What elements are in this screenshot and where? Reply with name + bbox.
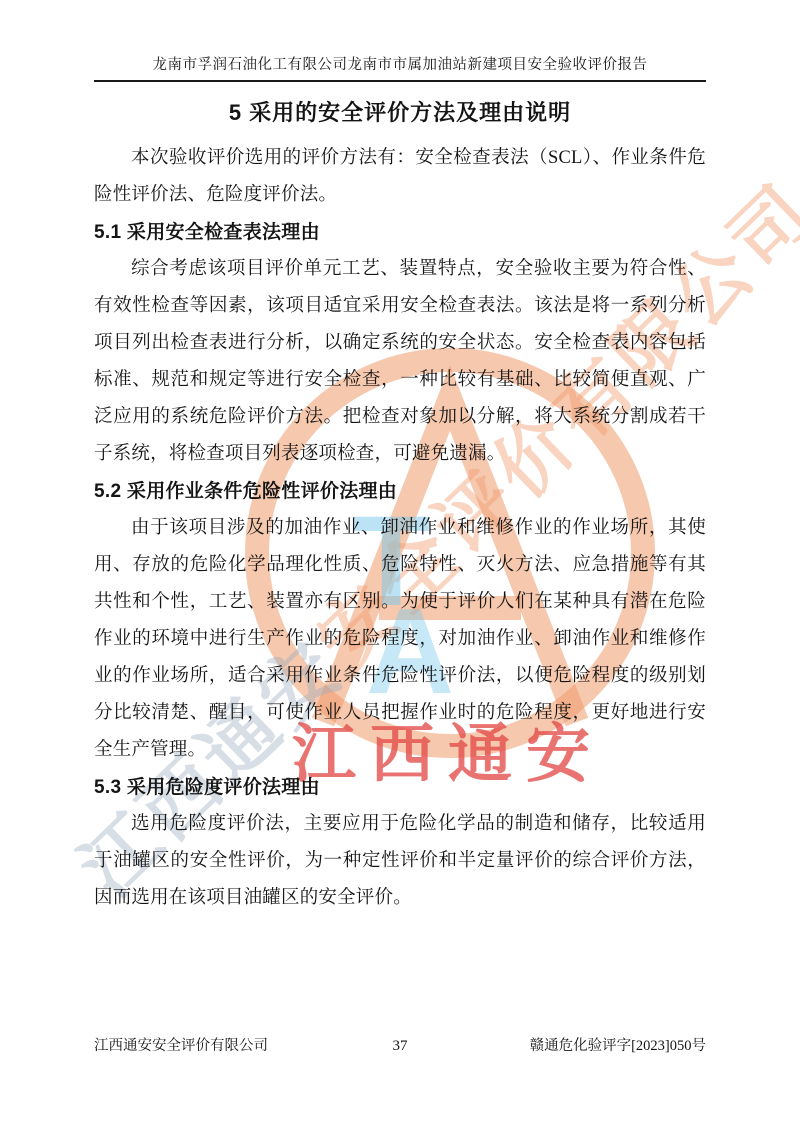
intro-paragraph: 本次验收评价选用的评价方法有：安全检查表法（SCL）、作业条件危险性评价法、危险… <box>94 140 706 214</box>
section-heading-5-1: 5.1 采用安全检查表法理由 <box>94 214 706 251</box>
page-number: 37 <box>298 1036 502 1056</box>
section-body-5-2: 由于该项目涉及的加油作业、卸油作业和维修作业的作业场所，其使用、存放的危险化学品… <box>94 510 706 769</box>
section-heading-5-3: 5.3 采用危险度评价法理由 <box>94 769 706 806</box>
footer-company-name: 江西通安安全评价有限公司 <box>94 1036 298 1056</box>
running-header: 龙南市孚润石油化工有限公司龙南市市属加油站新建项目安全验收评价报告 <box>94 56 706 75</box>
page-footer: 江西通安安全评价有限公司 37 赣通危化验评字[2023]050号 <box>94 1036 706 1056</box>
section-body-5-3: 选用危险度评价法，主要应用于危险化学品的制造和储存，比较适用于油罐区的安全性评价… <box>94 806 706 917</box>
chapter-title: 5 采用的安全评价方法及理由说明 <box>94 98 706 128</box>
header-rule <box>94 80 706 82</box>
footer-document-number: 赣通危化验评字[2023]050号 <box>502 1036 706 1056</box>
report-page: 江西通安安全评价有限公司 T A 江西通安 龙南市孚润石油化工有限公司龙南市市属… <box>0 0 800 1131</box>
section-body-5-1: 综合考虑该项目评价单元工艺、装置特点，安全验收主要为符合性、有效性检查等因素，该… <box>94 251 706 473</box>
section-heading-5-2: 5.2 采用作业条件危险性评价法理由 <box>94 473 706 510</box>
page-content: 龙南市孚润石油化工有限公司龙南市市属加油站新建项目安全验收评价报告 5 采用的安… <box>94 0 706 917</box>
